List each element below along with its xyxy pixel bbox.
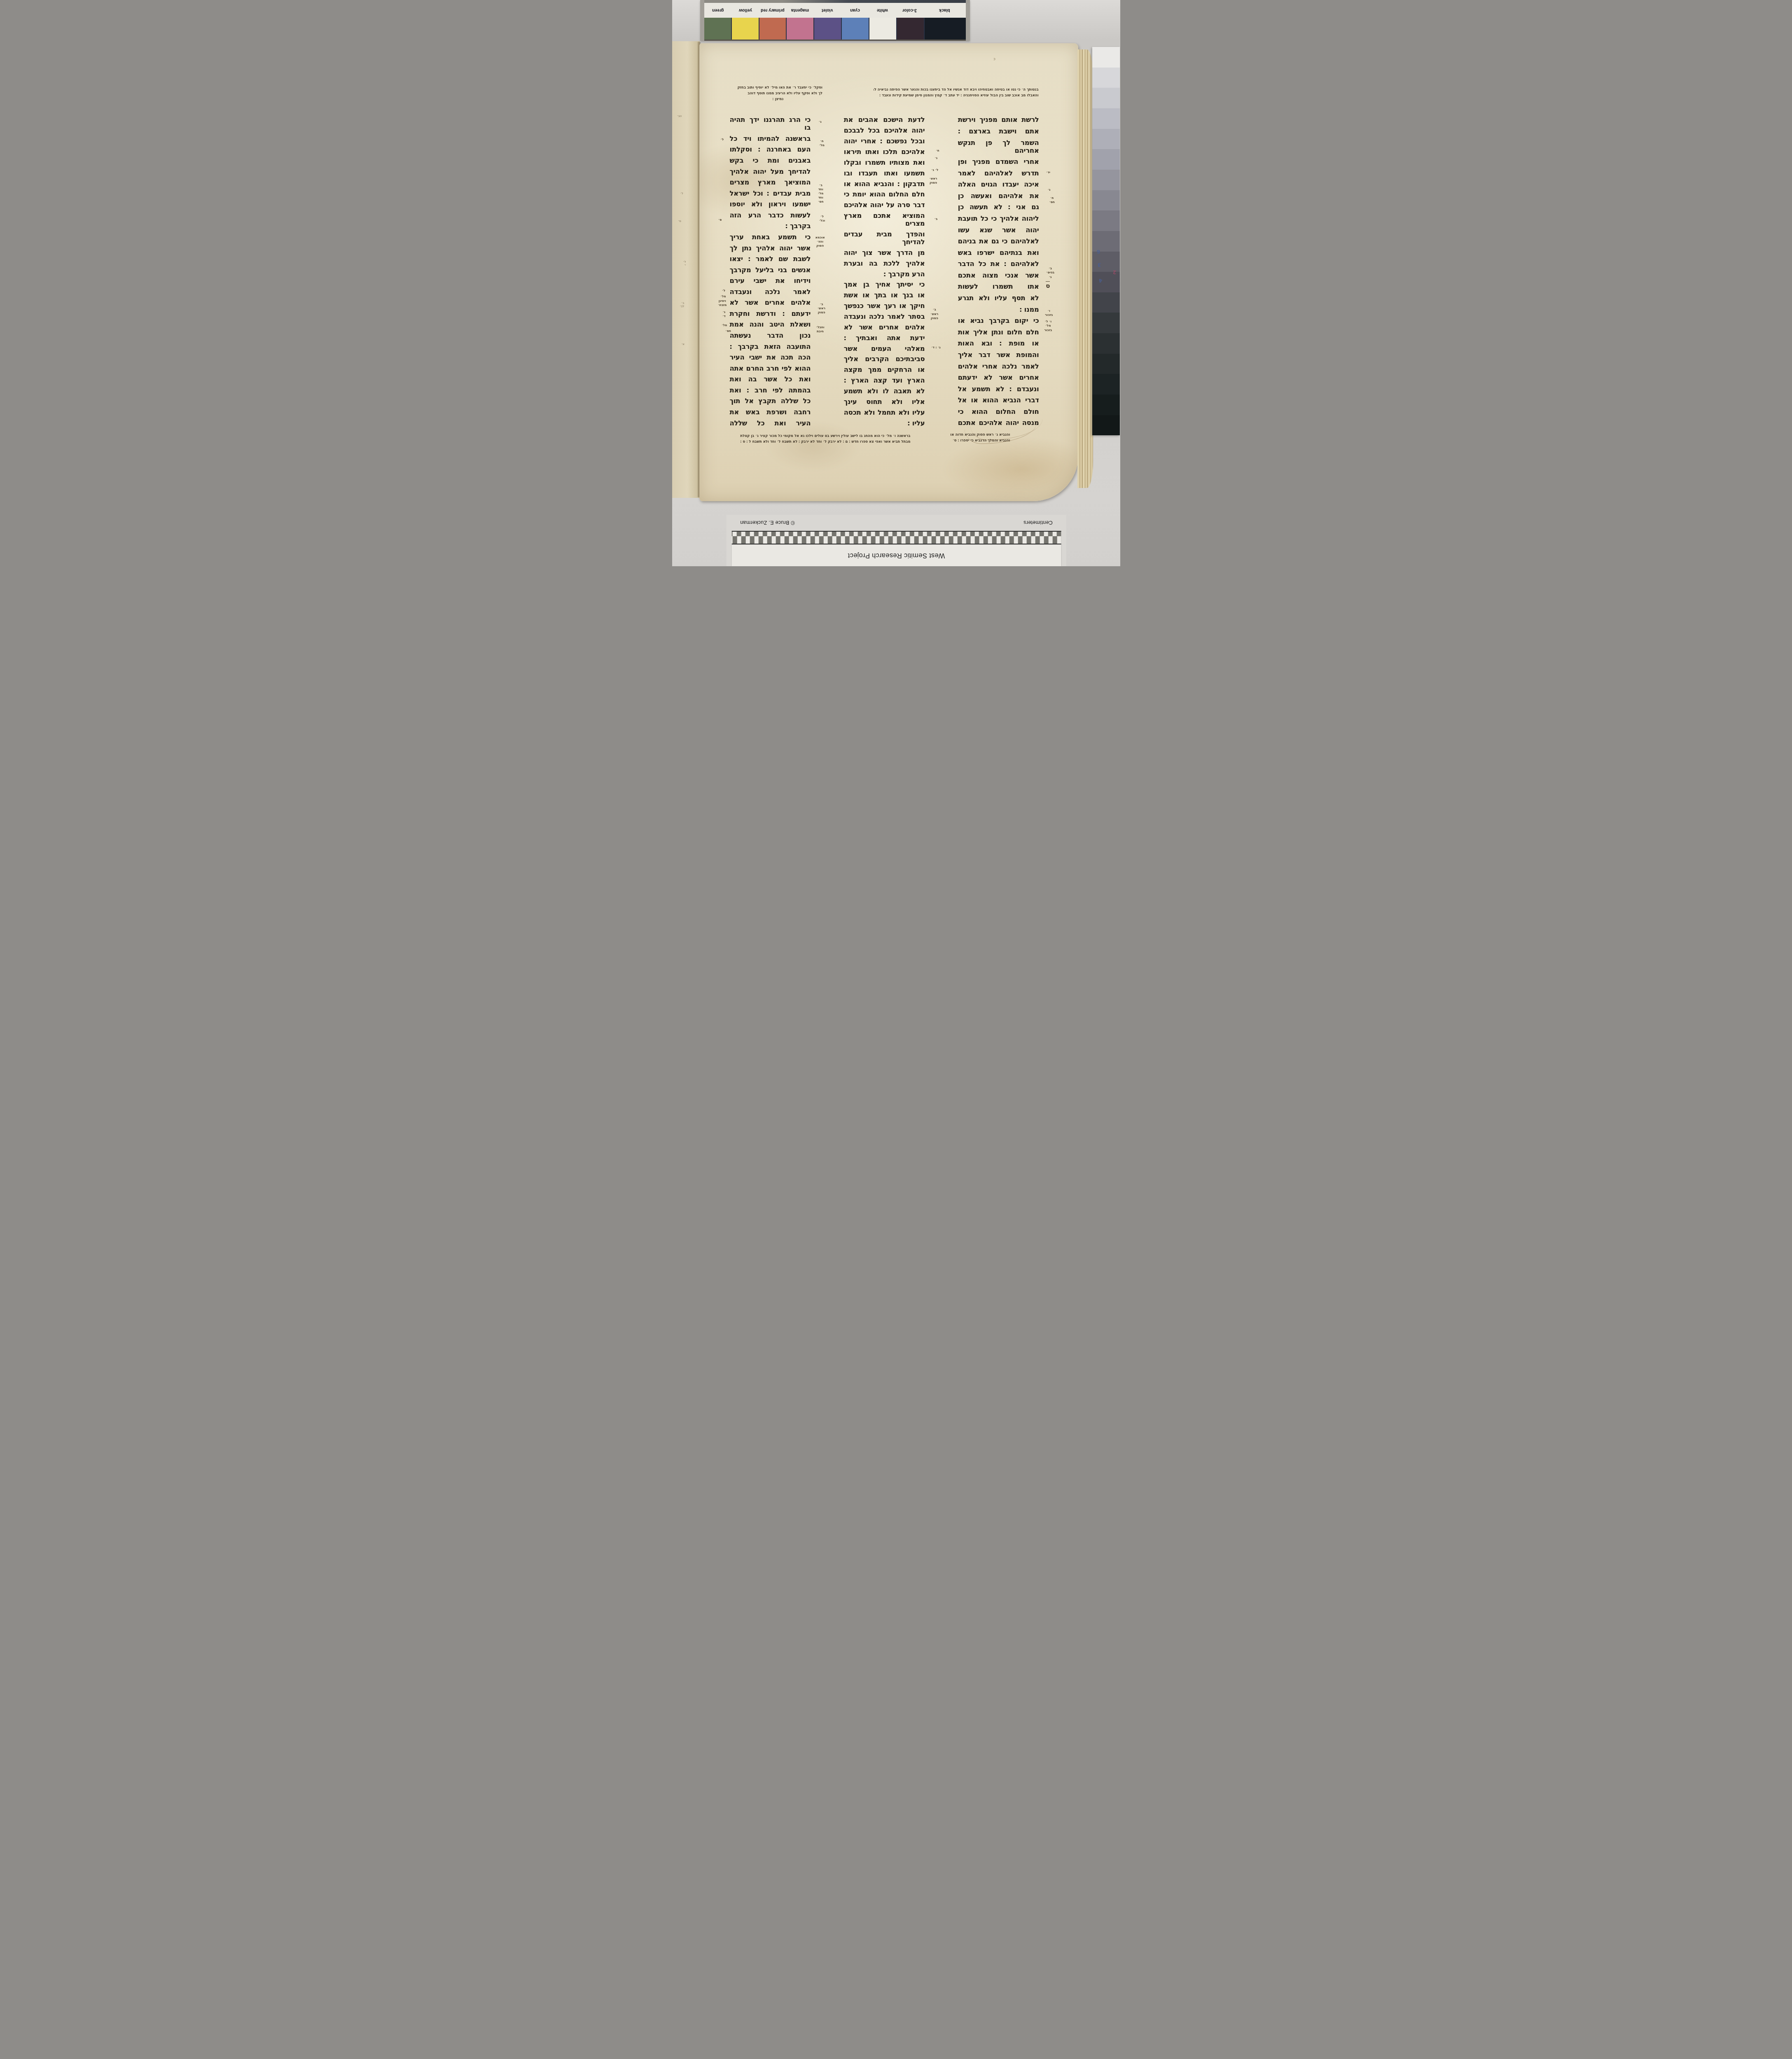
text-line: אשר אנכי מצוה אתכם	[958, 271, 1039, 279]
grayscale-marks-overlay: 6324	[1092, 47, 1120, 435]
masorah-parva-note: ו׳ בזכור	[1045, 309, 1053, 317]
text-line: אתם וישבת בארצם ׃	[958, 127, 1039, 135]
text-line: אחרים אשר לא ידעתם	[958, 374, 1039, 381]
text-line: המוציא אתכם מארץ מצרים	[844, 212, 925, 227]
text-line: בראשנה להמיתו ויד כל	[730, 135, 811, 142]
text-line: ונעבדם ׃ לא תשמע אל	[958, 385, 1039, 393]
handwritten-mark-2: 2	[1113, 269, 1116, 275]
text-line: גם אני ׃ לא תעשה כן	[958, 203, 1039, 211]
color-patch-magenta	[786, 18, 813, 40]
color-label-text-black: black	[939, 8, 950, 13]
text-line: יהוה אשר שנא עשו	[958, 226, 1039, 234]
color-label-text-violet: violet	[822, 8, 833, 13]
color-bar-edge	[704, 0, 966, 3]
masorah-parva-note: ב׳ ראש׳ פסוק	[930, 308, 938, 320]
text-line: חיקך או רעך אשר כנפשך	[844, 302, 925, 310]
text-line: עליו ולא תחמל ולא תכסה	[844, 409, 925, 416]
facing-page-note: ב׳ לב׳	[680, 301, 684, 308]
color-patch-cyan	[841, 18, 869, 40]
text-line: לדעת הישכם אהבים את	[844, 116, 925, 124]
project-label-plate: West Semitic Research Project	[732, 544, 1061, 566]
text-line: כל שללה תקבץ אל תוך	[730, 397, 811, 405]
text-line: העם באחרנה ׃ וסקלתו	[730, 145, 811, 153]
text-line: ואת כל אשר בה ואת	[730, 375, 811, 383]
masorah-parva-note: ב׳ בפיס׳ ג׳	[1046, 266, 1054, 279]
color-label-text-primary-red: primary red	[761, 8, 785, 13]
color-label-primary-red: primary red	[759, 3, 787, 18]
text-line: תשמעו ואתו תעבדו ובו	[844, 169, 925, 177]
facing-page-note: ל׳ י׳	[683, 260, 686, 267]
seder-marker: ס	[1046, 281, 1050, 289]
column-right: לרשת אותם מפניך וירשתאתם וישבת בארצם ׃הש…	[958, 116, 1039, 427]
column-middle: לדעת הישכם אהבים אתיהוה אלהיכם בכל לבבכם…	[844, 116, 925, 427]
units-label: Centimeters	[1023, 520, 1053, 525]
text-line: אלהיך ללכת בה ובערת	[844, 259, 925, 267]
color-label-text-green: green	[712, 8, 724, 13]
credit-label: © Bruce E. Zuckerman	[740, 520, 795, 525]
text-line: כי תשמע באחת עריך	[730, 233, 811, 241]
text-line: הרע מקרבך ׃	[844, 270, 925, 278]
masorah-line: נמיצן ׃	[734, 96, 822, 102]
text-line: אלהיכם תלכו ואתו תיראו	[844, 148, 925, 156]
text-line: מן הדרך אשר צוך יהוה	[844, 249, 925, 257]
text-line: בקרבך ׃	[730, 222, 811, 230]
color-patch-green	[704, 18, 731, 40]
column-left: כי הרג תהרגנו ידך תהיה בובראשנה להמיתו ו…	[730, 116, 811, 427]
text-line: לאמר נלכה אחרי אלהים	[958, 362, 1039, 370]
text-line: לעשות כדבר הרע הזה	[730, 211, 811, 219]
text-line: כי יקום בקרבך נביא או	[958, 317, 1039, 324]
color-label-text-yellow: yellow	[739, 8, 752, 13]
color-patch-yellow	[731, 18, 759, 40]
text-line: תדבקון ׃ והנביא ההוא או	[844, 180, 925, 188]
color-label-green: green	[704, 3, 732, 18]
text-line: העיר ואת כל שללה	[730, 419, 811, 427]
masorah-magna-top-left: וסקל׳ כי יתעבד ר׳ את האו מיל׳ לא יוסיף ו…	[734, 85, 822, 102]
text-line: אחרי השמדם מפניך ופן	[958, 158, 1039, 166]
text-line: ואת בנתיהם ישרפו באש	[958, 249, 1039, 257]
color-bar-patches	[704, 18, 966, 41]
text-line: להדיחך מעל יהוה אלהיך	[730, 168, 811, 175]
color-label-violet: violet	[814, 3, 841, 18]
text-line: חלם חלום ונתן אליך אות	[958, 328, 1039, 336]
masorah-magna-bottom-left: בראשנה ו׳ מל׳ כי הוא מהחג בו לישב עולין …	[734, 433, 911, 445]
color-patch-3-color	[896, 18, 924, 40]
masorah-line: בנטותך ה׳ כי נטו או בטיחה ואבטחיהו ויבא …	[874, 87, 1038, 93]
masorah-parva-note: ב׳ ראש׳ פסוק	[818, 302, 825, 315]
masorah-parva-note: ב׳ וחד מל׳ וחד חס׳	[818, 183, 824, 204]
text-line: אשר יהוה אלהיך נתן לך	[730, 244, 811, 252]
handwritten-mark-4: 4	[1099, 278, 1102, 283]
text-line: לא תאבה לו ולא תשמע	[844, 387, 925, 395]
text-line: או הרחקים ממך מקצה	[844, 366, 925, 374]
masorah-parva-note: ג׳ ד׳	[722, 310, 726, 318]
color-label-black: black	[923, 3, 966, 18]
masorah-parva-note: וחבל׳ חיבת	[816, 325, 824, 334]
handwritten-mark-3: 3	[1098, 262, 1101, 268]
text-line: ובכל נפשכם ׃ אחרי יהוה	[844, 137, 925, 145]
color-label-text-white: white	[877, 8, 888, 13]
text-line: נכון הדבר נעשתה	[730, 331, 811, 339]
masorah-parva-note: מל׳	[720, 294, 726, 299]
masorah-parva-note: ב׳	[935, 217, 938, 221]
color-patch-primary-red	[759, 18, 786, 40]
text-line: אתו תשמרו לעשות	[958, 282, 1039, 290]
color-patch-black	[924, 18, 966, 40]
text-line: לאלהיהם ׃ את כל הדבר	[958, 260, 1039, 268]
text-line: באבנים ומת כי בקש	[730, 156, 811, 164]
color-label-cyan: cyan	[841, 3, 869, 18]
text-line: בהמתה לפי חרב ׃ ואת	[730, 386, 811, 394]
facing-page-edge: טב׳ל׳ס׳ל׳ י׳ב׳ לב׳א׳	[672, 41, 700, 497]
text-line: מבית עבדים ׃ וכל ישראל	[730, 189, 811, 197]
text-line: ידעת אתה ואבתיך ׃	[844, 334, 925, 342]
color-patch-white	[869, 18, 896, 40]
text-line: ממנו ׃	[958, 306, 1039, 313]
masorah-parva-note: ג׳ ׃ ד׳	[931, 346, 940, 350]
color-label-yellow: yellow	[731, 3, 759, 18]
facing-page-note: א׳	[681, 343, 685, 346]
color-bar-label-strip: greenyellowprimary redmagentavioletcyanw…	[704, 3, 966, 18]
text-line: השמר לך פן תנקש אחריהם	[958, 139, 1039, 154]
color-label-3-color: 3-color	[896, 3, 924, 18]
text-line: הכה תכה את ישבי העיר	[730, 353, 811, 361]
ruler-caption-row: Centimeters © Bruce E. Zuckerman	[727, 515, 1066, 531]
text-line: לרשת אותם מפניך וירשת	[958, 116, 1039, 124]
facing-page-note: ל׳	[680, 192, 683, 195]
masorah-parva-note: ו׳ ל׳ מל׳ בזכור	[1044, 320, 1052, 332]
text-line: או מופת ׃ ובא האות	[958, 339, 1039, 347]
masorah-line: וסקל׳ כי יתעבד ר׳ את האו מיל׳ לא יוסיף ו…	[734, 85, 822, 91]
masorah-parva-note: ראש׳ פסוק	[930, 177, 937, 185]
masorah-parva-note: ג׳	[819, 120, 822, 124]
photo-backdrop: greenyellowprimary redmagentavioletcyanw…	[672, 0, 1120, 566]
folio-mark: ↄ	[993, 57, 995, 61]
color-calibration-bar: greenyellowprimary redmagentavioletcyanw…	[700, 0, 970, 41]
text-line: ישמעו ויראון ולא יוספו	[730, 200, 811, 208]
text-line: אלהים אחרים אשר לא	[844, 323, 925, 331]
masorah-parva-note: מל׳	[722, 323, 727, 327]
text-line: המוציאך מארץ מצרים	[730, 178, 811, 186]
color-label-white: white	[869, 3, 896, 18]
text-line: התועבה הזאת בקרבך ׃	[730, 343, 811, 350]
handwritten-mark-6: 6	[1097, 249, 1100, 254]
masorah-parva-note: יד׳	[1046, 170, 1050, 175]
text-line: איכה יעבדו הגוים האלה	[958, 180, 1039, 188]
text-line: תדרש לאלהיהם לאמר	[958, 169, 1039, 177]
text-line: או בנך או בתך או אשת	[844, 291, 925, 299]
text-line: לשבת שם לאמר ׃ יצאו	[730, 255, 811, 263]
color-label-text-magenta: magenta	[791, 8, 809, 13]
text-line: והמופת אשר דבר אליך	[958, 351, 1039, 359]
text-line: ידעתם ׃ ודרשת וחקרת	[730, 310, 811, 317]
text-line: לאלהיהם כי גם את בניהם	[958, 237, 1039, 245]
color-label-magenta: magenta	[786, 3, 814, 18]
text-line: כי יסיתך אחיך בן אמך	[844, 280, 925, 288]
text-line: יהוה אלהיכם בכל לבבכם	[844, 126, 925, 134]
ruler-assembly: West Semitic Research Project Centimeter…	[727, 515, 1066, 566]
text-line: והפדך מבית עבדים להדיחך	[844, 230, 925, 246]
project-label: West Semitic Research Project	[848, 551, 945, 559]
masorah-parva-note: ל׳ וכל׳	[819, 215, 825, 223]
text-line: סביבתיכם הקרבים אליך	[844, 355, 925, 363]
text-line: מאלהי העמים אשר	[844, 345, 925, 353]
grayscale-strip: 6324	[1092, 47, 1120, 435]
text-line: אליו ולא תחוס עינך	[844, 398, 925, 406]
masorah-line: והאבלו מב אוכב שוב בין הבול עוזיא הסויחנ…	[874, 93, 1038, 98]
text-line: וידיחו את ישבי עירם	[730, 277, 811, 285]
centimeter-checker-scale	[732, 531, 1061, 545]
page-curl-crease	[965, 416, 1037, 444]
text-line: רחבה ושרפת באש את	[730, 408, 811, 416]
masorah-parva-note: אוכמא והפ׳ פסוק	[815, 236, 825, 248]
text-line: ואת מצותיו תשמרו ובקלו	[844, 159, 925, 166]
text-line: בסתר לאמר נלכה ונעבדה	[844, 313, 925, 320]
text-line: לא תסף עליו ולא תגרע	[958, 294, 1039, 302]
text-line: כי הרג תהרגנו ידך תהיה בו	[730, 116, 811, 131]
masorah-line: לך ולא וסקף עליו ולא הרעיב ממנו תוסף דוה…	[734, 91, 822, 96]
masorah-parva-note: ויטינן מזבח׳	[718, 299, 727, 307]
manuscript-page: ↄ בנטותך ה׳ כי נטו או בטיחה ואבטחיהו ויב…	[699, 43, 1078, 501]
masorah-parva-note: ח׳ חס׳	[1049, 196, 1055, 204]
page-fore-edges	[1077, 49, 1093, 488]
text-line: ההוא לפי חרב החרם אתה	[730, 364, 811, 372]
color-label-text-cyan: cyan	[850, 8, 860, 13]
masorah-parva-note: ל׳	[720, 138, 724, 142]
text-line: דבר סרה על יהוה אלהיכם	[844, 201, 925, 209]
facing-page-note: טב׳	[677, 114, 682, 118]
masorah-parva-note: ל׳ ג׳	[931, 168, 938, 172]
masorah-parva-note: ס׳	[718, 218, 722, 222]
masorah-parva-note: ל׳	[722, 289, 725, 293]
masorah-line: מבתל תביא אשר ואפי צא ספרו חדש ׃ ם ׃ לא …	[734, 439, 911, 445]
masorah-parva-note: חס׳	[725, 329, 731, 333]
masorah-parva-note: ג׳	[935, 156, 937, 160]
text-line: אנשים בני בליעל מקרבך	[730, 266, 811, 274]
text-line: עליו ׃	[844, 419, 925, 427]
text-line: דברי הנביא ההוא או אל	[958, 396, 1039, 404]
color-label-text-3-color: 3-color	[902, 8, 917, 13]
text-line: ושאלת היטב והנה אמת	[730, 320, 811, 328]
color-patch-violet	[813, 18, 841, 40]
facing-page-note: ס׳	[678, 219, 681, 223]
masorah-parva-note: ח׳ מל׳	[819, 139, 825, 147]
text-line: לאמר נלכה ונעבדה	[730, 288, 811, 296]
masorah-parva-note: ח׳	[936, 149, 939, 153]
text-line: את אלהיהם ואעשה כן	[958, 192, 1039, 200]
text-line: חלם החלום ההוא יומת כי	[844, 190, 925, 198]
text-line: אלהים אחרים אשר לא	[730, 299, 811, 306]
masorah-line: בראשנה ו׳ מל׳ כי הוא מהחג בו לישב עולין …	[734, 433, 911, 439]
masorah-magna-top-right: בנטותך ה׳ כי נטו או בטיחה ואבטחיהו ויבא …	[874, 87, 1038, 98]
text-columns: לרשת אותם מפניך וירשתאתם וישבת בארצם ׃הש…	[729, 116, 1039, 427]
text-line: ליהוה אלהיך כי כל תועבת	[958, 215, 1039, 222]
text-line: הארץ ועד קצה הארץ ׃	[844, 376, 925, 384]
masorah-parva-note: ג׳	[1048, 188, 1051, 192]
